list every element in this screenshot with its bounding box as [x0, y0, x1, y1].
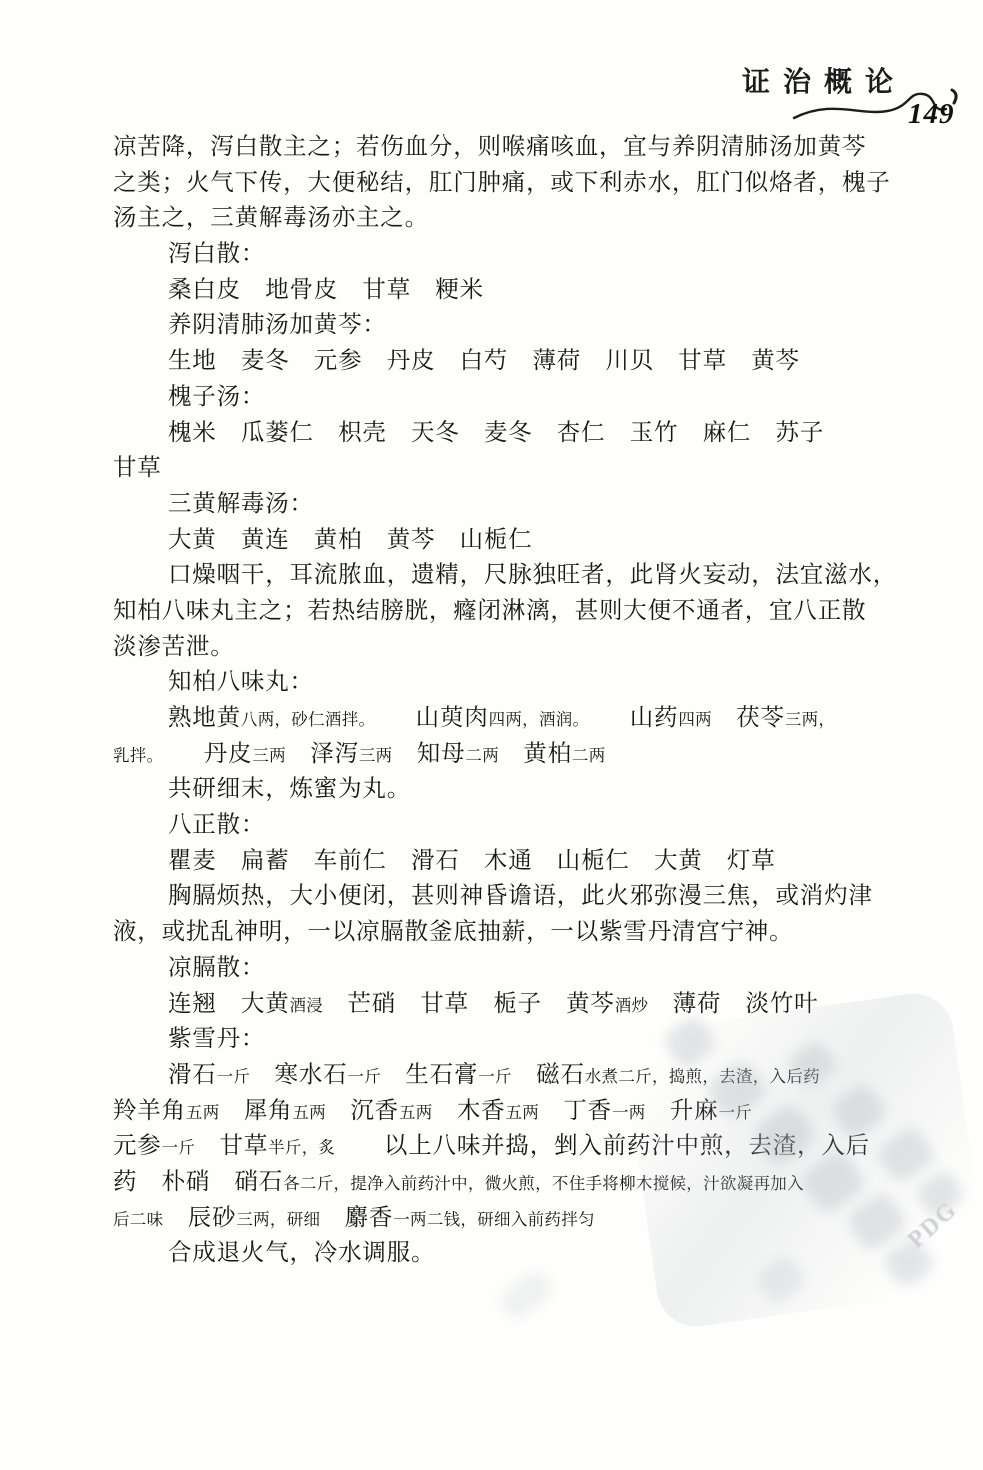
- text-segment: 犀角: [220, 1098, 293, 1124]
- text-segment: 丁香: [539, 1098, 612, 1124]
- text-segment: 木香: [433, 1098, 506, 1124]
- text-segment: 合成退火气，冷水调服。: [168, 1240, 435, 1266]
- text-line: 淡渗苦泄。: [113, 630, 888, 666]
- dosage-annotation: 水煮二斤，捣煎，去渣，入后药: [585, 1067, 820, 1086]
- text-segment: 元参: [113, 1133, 162, 1159]
- dosage-annotation: 酒浸: [290, 996, 324, 1015]
- text-segment: 汤主之，三黄解毒汤亦主之。: [113, 205, 429, 231]
- text-line: 桑白皮 地骨皮 甘草 粳米: [113, 273, 888, 309]
- dosage-annotation: 一斤: [478, 1067, 512, 1086]
- dosage-annotation: 半斤，炙: [268, 1138, 335, 1157]
- dosage-annotation: 一斤: [718, 1103, 752, 1122]
- watermark-blob: [913, 1168, 967, 1221]
- watermark-blob: [496, 1268, 556, 1323]
- text-line: 药 朴硝 硝石各二斤，提净入前药汁中，微火煎，不住手将柳木搅候，汁欲凝再加入: [113, 1165, 888, 1201]
- text-segment: 麝香: [320, 1205, 393, 1231]
- text-segment: 养阴清肺汤加黄芩：: [168, 312, 387, 338]
- text-segment: 甘草: [113, 455, 162, 481]
- dosage-annotation: 三两，: [785, 710, 835, 729]
- text-segment: 八正散：: [168, 812, 265, 838]
- text-segment: 胸膈烦热，大小便闭，甚则神昏谵语，此火邪弥漫三焦，或消灼津: [168, 883, 873, 909]
- text-line: 口燥咽干，耳流脓血，遗精，尺脉独旺者，此肾火妄动，法宜滋水，: [113, 558, 888, 594]
- text-line: 大黄 黄连 黄柏 黄芩 山栀仁: [113, 523, 888, 559]
- text-segment: 生地 麦冬 元参 丹皮 白芍 薄荷 川贝 甘草 黄芩: [168, 348, 800, 374]
- dosage-annotation: 八两，砂仁酒拌。: [241, 710, 367, 729]
- text-line: 合成退火气，冷水调服。: [113, 1236, 888, 1272]
- text-segment: 紫雪丹：: [168, 1026, 265, 1052]
- text-line: 羚羊角五两 犀角五两 沉香五两 木香五两 丁香一两 升麻一斤: [113, 1094, 888, 1130]
- text-segment: 知柏八味丸：: [168, 669, 314, 695]
- dosage-annotation: 一两: [612, 1103, 646, 1122]
- text-segment: 口燥咽干，耳流脓血，遗精，尺脉独旺者，此肾火妄动，法宜滋水，: [168, 562, 897, 588]
- text-line: 槐米 瓜蒌仁 枳壳 天冬 麦冬 杏仁 玉竹 麻仁 苏子: [113, 416, 888, 452]
- dosage-annotation: 五两: [505, 1103, 539, 1122]
- text-segment: 凉苦降，泻白散主之；若伤血分，则喉痛咳血，宜与养阴清肺汤加黄芩: [113, 134, 866, 160]
- text-segment: 生石膏: [381, 1062, 478, 1088]
- text-segment: 知柏八味丸主之；若热结膀胱，癃闭淋漓，甚则大便不通者，宜八正散: [113, 598, 866, 624]
- text-line: 汤主之，三黄解毒汤亦主之。: [113, 201, 888, 237]
- dosage-annotation: 二两: [465, 746, 499, 765]
- dosage-annotation: 五两: [399, 1103, 433, 1122]
- text-segment: 山药: [581, 705, 678, 731]
- text-line: 甘草: [113, 451, 888, 487]
- page-body-text: 凉苦降，泻白散主之；若伤血分，则喉痛咳血，宜与养阴清肺汤加黄芩之类；火气下传，大…: [113, 130, 888, 1272]
- text-line: 滑石一斤 寒水石一斤 生石膏一斤 磁石水煮二斤，捣煎，去渣，入后药: [113, 1058, 888, 1094]
- text-segment: 知母: [392, 741, 465, 767]
- text-segment: 薄荷 淡竹叶: [648, 991, 818, 1017]
- dosage-annotation: 一斤: [347, 1067, 381, 1086]
- text-segment: 沉香: [326, 1098, 399, 1124]
- text-segment: 连翘 大黄: [168, 991, 290, 1017]
- text-segment: 甘草: [195, 1133, 268, 1159]
- text-line: 乳拌。 丹皮三两 泽泻三两 知母二两 黄柏二两: [113, 737, 888, 773]
- dosage-annotation: 二两: [572, 746, 606, 765]
- text-segment: 液，或扰乱神明，一以凉膈散釜底抽薪，一以紫雪丹清宫宁神。: [113, 919, 793, 945]
- text-segment: 磁石: [512, 1062, 585, 1088]
- dosage-annotation: 三两，研细: [236, 1210, 320, 1229]
- text-segment: 丹皮: [155, 741, 252, 767]
- text-line: 紫雪丹：: [113, 1022, 888, 1058]
- dosage-annotation: 四两: [678, 710, 712, 729]
- text-segment: 凉膈散：: [168, 955, 265, 981]
- text-segment: 共研细末，炼蜜为丸。: [168, 776, 411, 802]
- text-line: 三黄解毒汤：: [113, 487, 888, 523]
- text-segment: 槐子汤：: [168, 384, 265, 410]
- text-line: 元参一斤 甘草半斤，炙 以上八味并捣，剉入前药汁中煎，去渣，入后: [113, 1129, 888, 1165]
- text-segment: 黄柏: [499, 741, 572, 767]
- dosage-annotation: 各二斤，提净入前药汁中，微火煎，不住手将柳木搅候，汁欲凝再加入: [283, 1174, 804, 1193]
- text-segment: 泻白散：: [168, 241, 265, 267]
- dosage-annotation: 五两: [292, 1103, 326, 1122]
- dosage-annotation: 一斤: [217, 1067, 251, 1086]
- dosage-annotation: 四两，酒润。: [489, 710, 582, 729]
- text-segment: 山萸肉: [367, 705, 489, 731]
- text-line: 生地 麦冬 元参 丹皮 白芍 薄荷 川贝 甘草 黄芩: [113, 344, 888, 380]
- dosage-annotation: 一两二钱，研细入前药拌匀: [393, 1210, 595, 1229]
- dosage-annotation: 三两: [252, 746, 286, 765]
- text-segment: 以上八味并捣，剉入前药汁中煎，去渣，入后: [335, 1133, 870, 1159]
- text-segment: 药 朴硝 硝石: [113, 1169, 283, 1195]
- text-line: 养阴清肺汤加黄芩：: [113, 308, 888, 344]
- text-line: 瞿麦 扁蓄 车前仁 滑石 木通 山栀仁 大黄 灯草: [113, 844, 888, 880]
- text-segment: 瞿麦 扁蓄 车前仁 滑石 木通 山栀仁 大黄 灯草: [168, 848, 776, 874]
- watermark-blob: [881, 1235, 937, 1290]
- text-line: 知柏八味丸主之；若热结膀胱，癃闭淋漓，甚则大便不通者，宜八正散: [113, 594, 888, 630]
- text-line: 泻白散：: [113, 237, 888, 273]
- dosage-annotation: 酒炒: [615, 996, 649, 1015]
- watermark-pdg-text: PDG: [903, 1197, 963, 1255]
- text-segment: 槐米 瓜蒌仁 枳壳 天冬 麦冬 杏仁 玉竹 麻仁 苏子: [168, 420, 824, 446]
- text-segment: 之类；火气下传，大便秘结，肛门肿痛，或下利赤水，肛门似烙者，槐子: [113, 170, 891, 196]
- text-segment: 三黄解毒汤：: [168, 491, 314, 517]
- text-line: 后二味 辰砂三两，研细 麝香一两二钱，研细入前药拌匀: [113, 1201, 888, 1237]
- text-segment: 羚羊角: [113, 1098, 186, 1124]
- text-line: 槐子汤：: [113, 380, 888, 416]
- text-segment: 大黄 黄连 黄柏 黄芩 山栀仁: [168, 527, 533, 553]
- text-line: 共研细末，炼蜜为丸。: [113, 772, 888, 808]
- dosage-annotation: 三两: [359, 746, 393, 765]
- dosage-annotation: 一斤: [162, 1138, 196, 1157]
- book-page: 证治概论 149 凉苦降，泻白散主之；若伤血分，则喉痛咳血，宜与养阴清肺汤加黄芩…: [0, 0, 983, 1470]
- text-line: 之类；火气下传，大便秘结，肛门肿痛，或下利赤水，肛门似烙者，槐子: [113, 166, 888, 202]
- text-segment: 茯苓: [712, 705, 785, 731]
- text-segment: 滑石: [168, 1062, 217, 1088]
- text-line: 凉膈散：: [113, 951, 888, 987]
- dosage-annotation: 后二味: [113, 1210, 163, 1229]
- page-number: 149: [908, 98, 955, 131]
- dosage-annotation: 五两: [186, 1103, 220, 1122]
- text-line: 凉苦降，泻白散主之；若伤血分，则喉痛咳血，宜与养阴清肺汤加黄芩: [113, 130, 888, 166]
- text-segment: 辰砂: [163, 1205, 236, 1231]
- text-segment: 泽泻: [286, 741, 359, 767]
- text-line: 知柏八味丸：: [113, 665, 888, 701]
- text-line: 八正散：: [113, 808, 888, 844]
- text-segment: 升麻: [646, 1098, 719, 1124]
- text-line: 连翘 大黄酒浸 芒硝 甘草 栀子 黄芩酒炒 薄荷 淡竹叶: [113, 987, 888, 1023]
- text-segment: 桑白皮 地骨皮 甘草 粳米: [168, 277, 484, 303]
- text-segment: 芒硝 甘草 栀子 黄芩: [323, 991, 615, 1017]
- text-line: 熟地黄八两，砂仁酒拌。 山萸肉四两，酒润。 山药四两 茯苓三两，: [113, 701, 888, 737]
- text-line: 胸膈烦热，大小便闭，甚则神昏谵语，此火邪弥漫三焦，或消灼津: [113, 879, 888, 915]
- text-line: 液，或扰乱神明，一以凉膈散釜底抽薪，一以紫雪丹清宫宁神。: [113, 915, 888, 951]
- text-segment: 寒水石: [250, 1062, 347, 1088]
- text-segment: 熟地黄: [168, 705, 241, 731]
- dosage-annotation: 乳拌。: [113, 746, 155, 765]
- text-segment: 淡渗苦泄。: [113, 634, 235, 660]
